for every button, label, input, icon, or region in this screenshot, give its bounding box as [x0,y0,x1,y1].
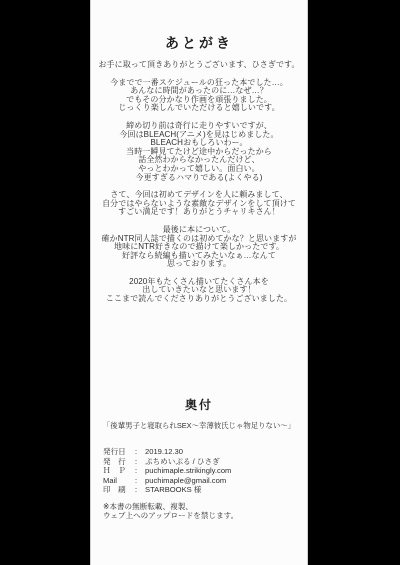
colophon-book-title: 「後輩男子と寝取られSEX～幸薄彼氏じゃ物足りない～」 [91,421,307,430]
colophon-title: 奥付 [91,398,307,412]
afterword-line: 思っております。 [91,260,307,269]
colophon-entry-label: Mail [103,476,131,486]
colophon-entry-label: 発 行 [103,457,131,467]
colophon-entry-colon: ： [131,466,145,476]
colophon-entry-label: 発行日 [103,447,131,457]
colophon-entry-colon: ： [131,476,145,486]
colophon-entry-row: Ｈ Ｐ：puchimaple.strikingly.com [103,466,307,476]
colophon-entry-row: 発 行：ぷちめいぷる / ひさぎ [103,457,307,467]
colophon-entry-colon: ： [131,457,145,467]
afterword-line: じっくり楽しんでいただけると嬉しいです。 [91,104,307,113]
afterword-paragraph: 締め切り前は奇行に走りやすいですが、今回はBLEACH(アニメ)を見はじめました… [91,122,307,182]
afterword-line: すごい満足です！ありがとうチャリキさん！ [91,208,307,217]
colophon-entry-label: 印 刷 [103,485,131,495]
colophon-entry-value: 2019.12.30 [145,447,183,456]
colophon-entry-row: Mail：puchimaple@gmail.com [103,476,307,486]
colophon-entry-value: puchimaple.strikingly.com [145,466,231,475]
colophon-entry-colon: ： [131,485,145,495]
colophon-entry-value: STARBOOKS 様 [145,485,201,494]
colophon-entry-row: 印 刷：STARBOOKS 様 [103,485,307,495]
colophon-entry-row: 発行日：2019.12.30 [103,447,307,457]
afterword-line: 今更すぎるハマりである(よくやる) [91,174,307,183]
doujinshi-page: あとがき お手に取って頂きありがとうございます、ひさぎです。今までで一番スケジュ… [90,0,308,565]
scan-background: あとがき お手に取って頂きありがとうございます、ひさぎです。今までで一番スケジュ… [0,0,400,565]
afterword-paragraph: お手に取って頂きありがとうございます、ひさぎです。 [91,61,307,70]
afterword-body: お手に取って頂きありがとうございます、ひさぎです。今までで一番スケジュールの狂っ… [91,61,307,304]
afterword-paragraph: 2020年もたくさん描いてたくさん本を出していきたいなと思います！ここまで読んで… [91,278,307,304]
afterword-paragraph: さて、今回は初めてデザインを人に頼みまして、自分ではやらないような素敵なデザイン… [91,191,307,217]
colophon-section: 奥付 「後輩男子と寝取られSEX～幸薄彼氏じゃ物足りない～」 発行日：2019.… [91,398,307,520]
colophon-entry-value: ぷちめいぷる / ひさぎ [145,457,220,466]
colophon-notice-line: ウェブ上へのアップロードを禁じます。 [103,511,307,520]
colophon-entry-value: puchimaple@gmail.com [145,476,226,485]
colophon-notice-line: ※本書の無断転載、複製、 [103,502,307,511]
afterword-line: ここまで読んでくださりありがとうございました。 [91,295,307,304]
colophon-notice: ※本書の無断転載、複製、ウェブ上へのアップロードを禁じます。 [91,502,307,520]
colophon-entry-colon: ： [131,447,145,457]
afterword-line: お手に取って頂きありがとうございます、ひさぎです。 [91,61,307,70]
colophon-entry-label: Ｈ Ｐ [103,466,131,476]
colophon-entries: 発行日：2019.12.30発 行：ぷちめいぷる / ひさぎＨ Ｐ：puchim… [91,447,307,495]
afterword-title: あとがき [91,0,307,52]
afterword-paragraph: 最後に本について。確かNTR同人誌で描くのは初めてかな？と思いますが地味にNTR… [91,226,307,269]
afterword-paragraph: 今までで一番スケジュールの狂った本でした…。あんなに時間があったのに…なぜ…？で… [91,79,307,113]
